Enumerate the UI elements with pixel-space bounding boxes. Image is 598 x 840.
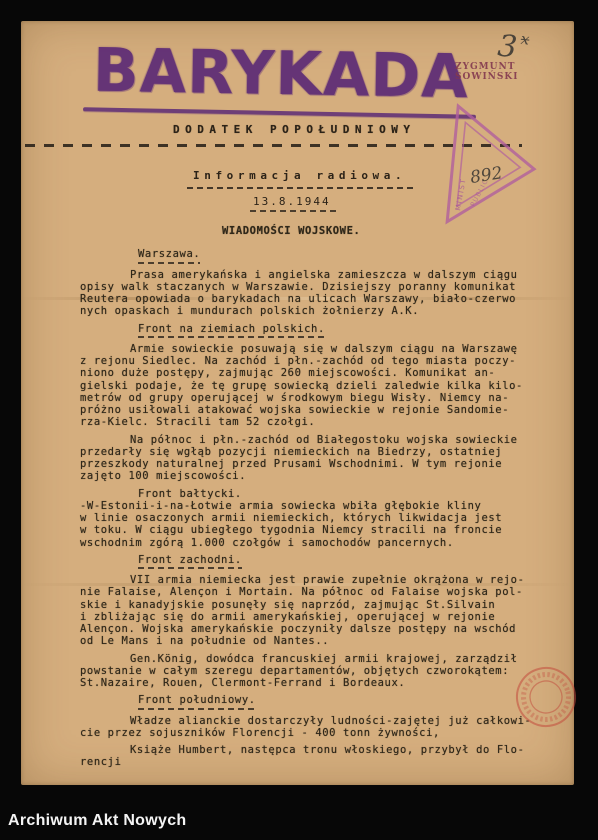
section-paragraph: -W-Estonii-i-na-Łotwie armia sowiecka wb…: [80, 500, 558, 549]
section-paragraph: VII armia niemiecka jest prawie zupełnie…: [80, 574, 558, 648]
radio-info-heading: Informacja radiowa.: [193, 169, 406, 182]
section-paragraph: Prasa amerykańska i angielska zamieszcza…: [80, 269, 558, 318]
archive-watermark: Archiwum Akt Nowych: [8, 812, 186, 830]
section-heading-front-poludniowy: Front południowy.: [138, 694, 558, 709]
issue-date-underline: [250, 210, 338, 212]
section-paragraph: Władze alianckie dostarczyły ludności-za…: [80, 715, 558, 740]
section-paragraph: Książe Humbert, następca tronu włoskiego…: [80, 744, 558, 769]
issue-date: 13.8.1944: [253, 195, 331, 208]
censor-triangle-stamp: MINIST PUBLIC 892: [444, 103, 544, 235]
document-page: BARYKADA ZYGMUNT SOWIŃSKI 3x DODATEK POP…: [21, 21, 574, 785]
section-heading-front-polski: Front na ziemiach polskich.: [138, 323, 558, 338]
round-stamp-inner-circle: [527, 678, 566, 717]
section-heading-front-baltycki: Front bałtycki.: [138, 488, 558, 500]
masthead-title: BARYKADA: [92, 40, 473, 109]
scan-viewport: BARYKADA ZYGMUNT SOWIŃSKI 3x DODATEK POP…: [0, 0, 598, 840]
handwritten-number: 3: [496, 28, 519, 65]
typed-text-column: WIADOMOŚCI WOJSKOWE. Warszawa. Prasa ame…: [80, 225, 558, 774]
triangle-stamp-text-top: MINIST: [454, 177, 468, 211]
handwritten-x-mark: x: [520, 30, 530, 49]
section-paragraph: Armie sowieckie posuwają się w dalszym c…: [80, 343, 558, 429]
section-paragraph: Gen.König, dowódca francuskiej armii kra…: [80, 653, 558, 690]
article-title: WIADOMOŚCI WOJSKOWE.: [222, 225, 558, 237]
radio-info-underline: [187, 187, 415, 189]
round-stamp-text-ring: [519, 670, 574, 725]
section-heading-warszawa: Warszawa.: [138, 248, 558, 263]
section-heading-front-zachodni: Front zachodni.: [138, 554, 558, 569]
section-paragraph: Na północ i płn.-zachód od Białegostoku …: [80, 434, 558, 483]
triangle-stamp-number: 892: [469, 163, 504, 188]
archive-round-stamp: [513, 661, 579, 733]
edition-subtitle: DODATEK POPOŁUDNIOWY: [173, 123, 415, 136]
handwritten-page-number: 3x: [496, 27, 530, 64]
